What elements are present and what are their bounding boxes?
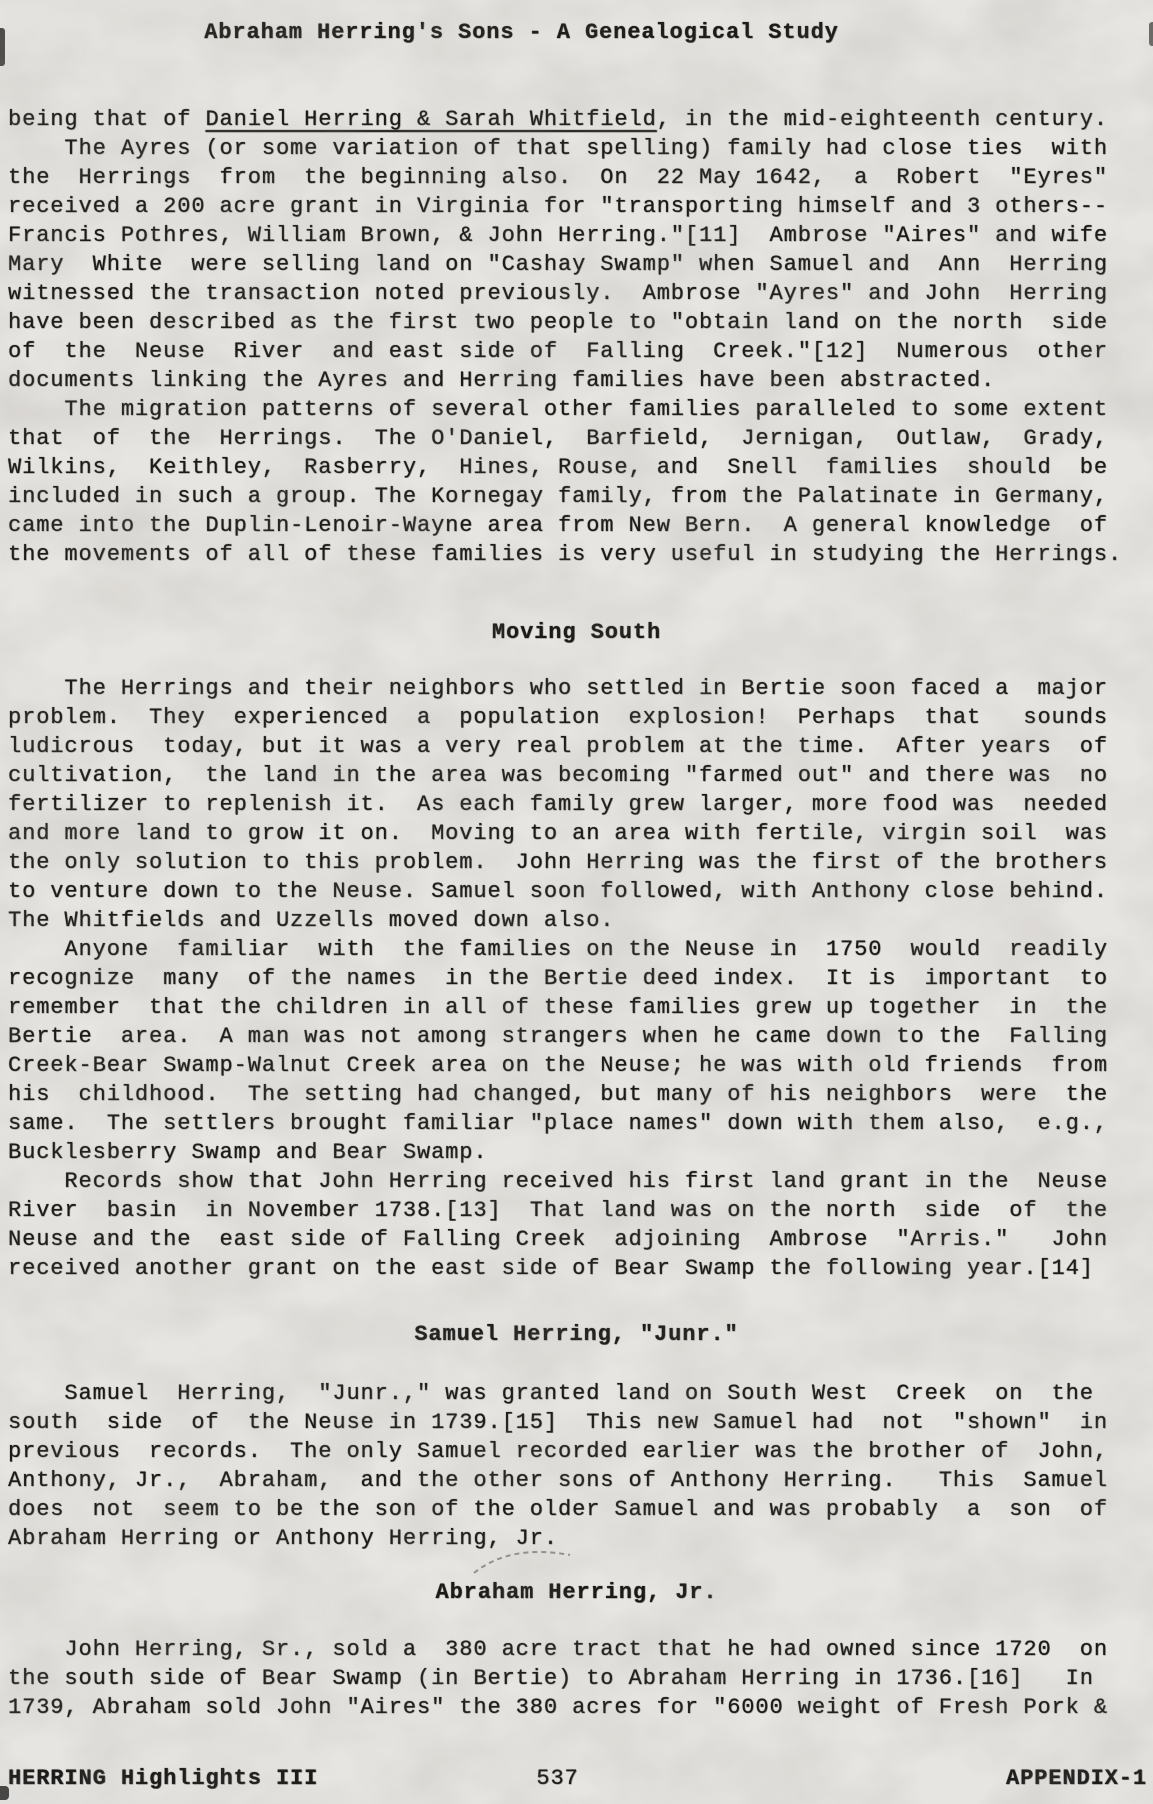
text-line: 1739, Abraham sold John "Aires" the 380 … [8, 1693, 1145, 1722]
text-line: being that of Daniel Herring & Sarah Whi… [8, 105, 1145, 134]
document-title: Abraham Herring's Sons - A Genealogical … [0, 18, 1090, 47]
text-line: does not seem to be the son of the older… [8, 1495, 1145, 1524]
text-line: ludicrous today, but it was a very real … [8, 732, 1145, 761]
text-line: of the Neuse River and east side of Fall… [8, 337, 1145, 366]
text-line: Mary White were selling land on "Cashay … [8, 250, 1145, 279]
text-line: John Herring, Sr., sold a 380 acre tract… [8, 1635, 1145, 1664]
paragraph-block: John Herring, Sr., sold a 380 acre tract… [8, 1635, 1145, 1722]
text-line: The Ayres (or some variation of that spe… [8, 134, 1145, 163]
text-line: the Herrings from the beginning also. On… [8, 163, 1145, 192]
text-line: Creek-Bear Swamp-Walnut Creek area on th… [8, 1051, 1145, 1080]
text-line: Francis Pothres, William Brown, & John H… [8, 221, 1145, 250]
section-heading: Moving South [8, 618, 1145, 647]
paragraph-block: being that of Daniel Herring & Sarah Whi… [8, 105, 1145, 569]
text-line: to venture down to the Neuse. Samuel soo… [8, 877, 1145, 906]
text-line: Neuse and the east side of Falling Creek… [8, 1225, 1145, 1254]
text-line: included in such a group. The Kornegay f… [8, 482, 1145, 511]
text-line: The Herrings and their neighbors who set… [8, 674, 1145, 703]
text-line: Bertie area. A man was not among strange… [8, 1022, 1145, 1051]
document-blocks: being that of Daniel Herring & Sarah Whi… [8, 105, 1145, 1722]
text-line: remember that the children in all of the… [8, 993, 1145, 1022]
text-line: recognize many of the names in the Berti… [8, 964, 1145, 993]
text-line: the only solution to this problem. John … [8, 848, 1145, 877]
text-line: received a 200 acre grant in Virginia fo… [8, 192, 1145, 221]
text-line: previous records. The only Samuel record… [8, 1437, 1145, 1466]
scanned-page: Abraham Herring's Sons - A Genealogical … [0, 0, 1153, 1804]
text-line: south side of the Neuse in 1739.[15] Thi… [8, 1408, 1145, 1437]
text-segment: being that of [8, 107, 205, 132]
page-body: Abraham Herring's Sons - A Genealogical … [0, 0, 1153, 1804]
page-number: 537 [536, 1766, 578, 1791]
footer-book-title: HERRING Highlights III [8, 1766, 318, 1791]
text-line: fertilizer to replenish it. As each fami… [8, 790, 1145, 819]
text-line: Abraham Herring or Anthony Herring, Jr. [8, 1524, 1145, 1553]
text-line: witnessed the transaction noted previous… [8, 279, 1145, 308]
text-line: problem. They experienced a population e… [8, 703, 1145, 732]
text-line: Anyone familiar with the families on the… [8, 935, 1145, 964]
text-line: same. The settlers brought familiar "pla… [8, 1109, 1145, 1138]
section-heading: Samuel Herring, "Junr." [8, 1320, 1145, 1349]
text-line: the south side of Bear Swamp (in Bertie)… [8, 1664, 1145, 1693]
text-line: and more land to grow it on. Moving to a… [8, 819, 1145, 848]
text-line: have been described as the first two peo… [8, 308, 1145, 337]
text-line: the movements of all of these families i… [8, 540, 1145, 569]
footer-appendix-label: APPENDIX-1 [1006, 1766, 1147, 1791]
underlined-names: Daniel Herring & Sarah Whitfield [205, 107, 656, 132]
page-footer: HERRING Highlights III 537 APPENDIX-1 [8, 1766, 1147, 1791]
text-line: his childhood. The setting had changed, … [8, 1080, 1145, 1109]
text-line: Anthony, Jr., Abraham, and the other son… [8, 1466, 1145, 1495]
paragraph-block: The Herrings and their neighbors who set… [8, 674, 1145, 1283]
text-line: came into the Duplin-Lenoir-Wayne area f… [8, 511, 1145, 540]
text-line: Bucklesberry Swamp and Bear Swamp. [8, 1138, 1145, 1167]
text-line: The Whitfields and Uzzells moved down al… [8, 906, 1145, 935]
section-heading: Abraham Herring, Jr. [8, 1578, 1145, 1607]
text-line: River basin in November 1738.[13] That l… [8, 1196, 1145, 1225]
text-line: The migration patterns of several other … [8, 395, 1145, 424]
text-line: documents linking the Ayres and Herring … [8, 366, 1145, 395]
text-line: Samuel Herring, "Junr.," was granted lan… [8, 1379, 1145, 1408]
text-line: cultivation, the land in the area was be… [8, 761, 1145, 790]
text-line: Wilkins, Keithley, Rasberry, Hines, Rous… [8, 453, 1145, 482]
text-segment: , in the mid-eighteenth century. [657, 107, 1108, 132]
paragraph-block: Samuel Herring, "Junr.," was granted lan… [8, 1379, 1145, 1553]
text-line: that of the Herrings. The O'Daniel, Barf… [8, 424, 1145, 453]
text-line: received another grant on the east side … [8, 1254, 1145, 1283]
text-line: Records show that John Herring received … [8, 1167, 1145, 1196]
